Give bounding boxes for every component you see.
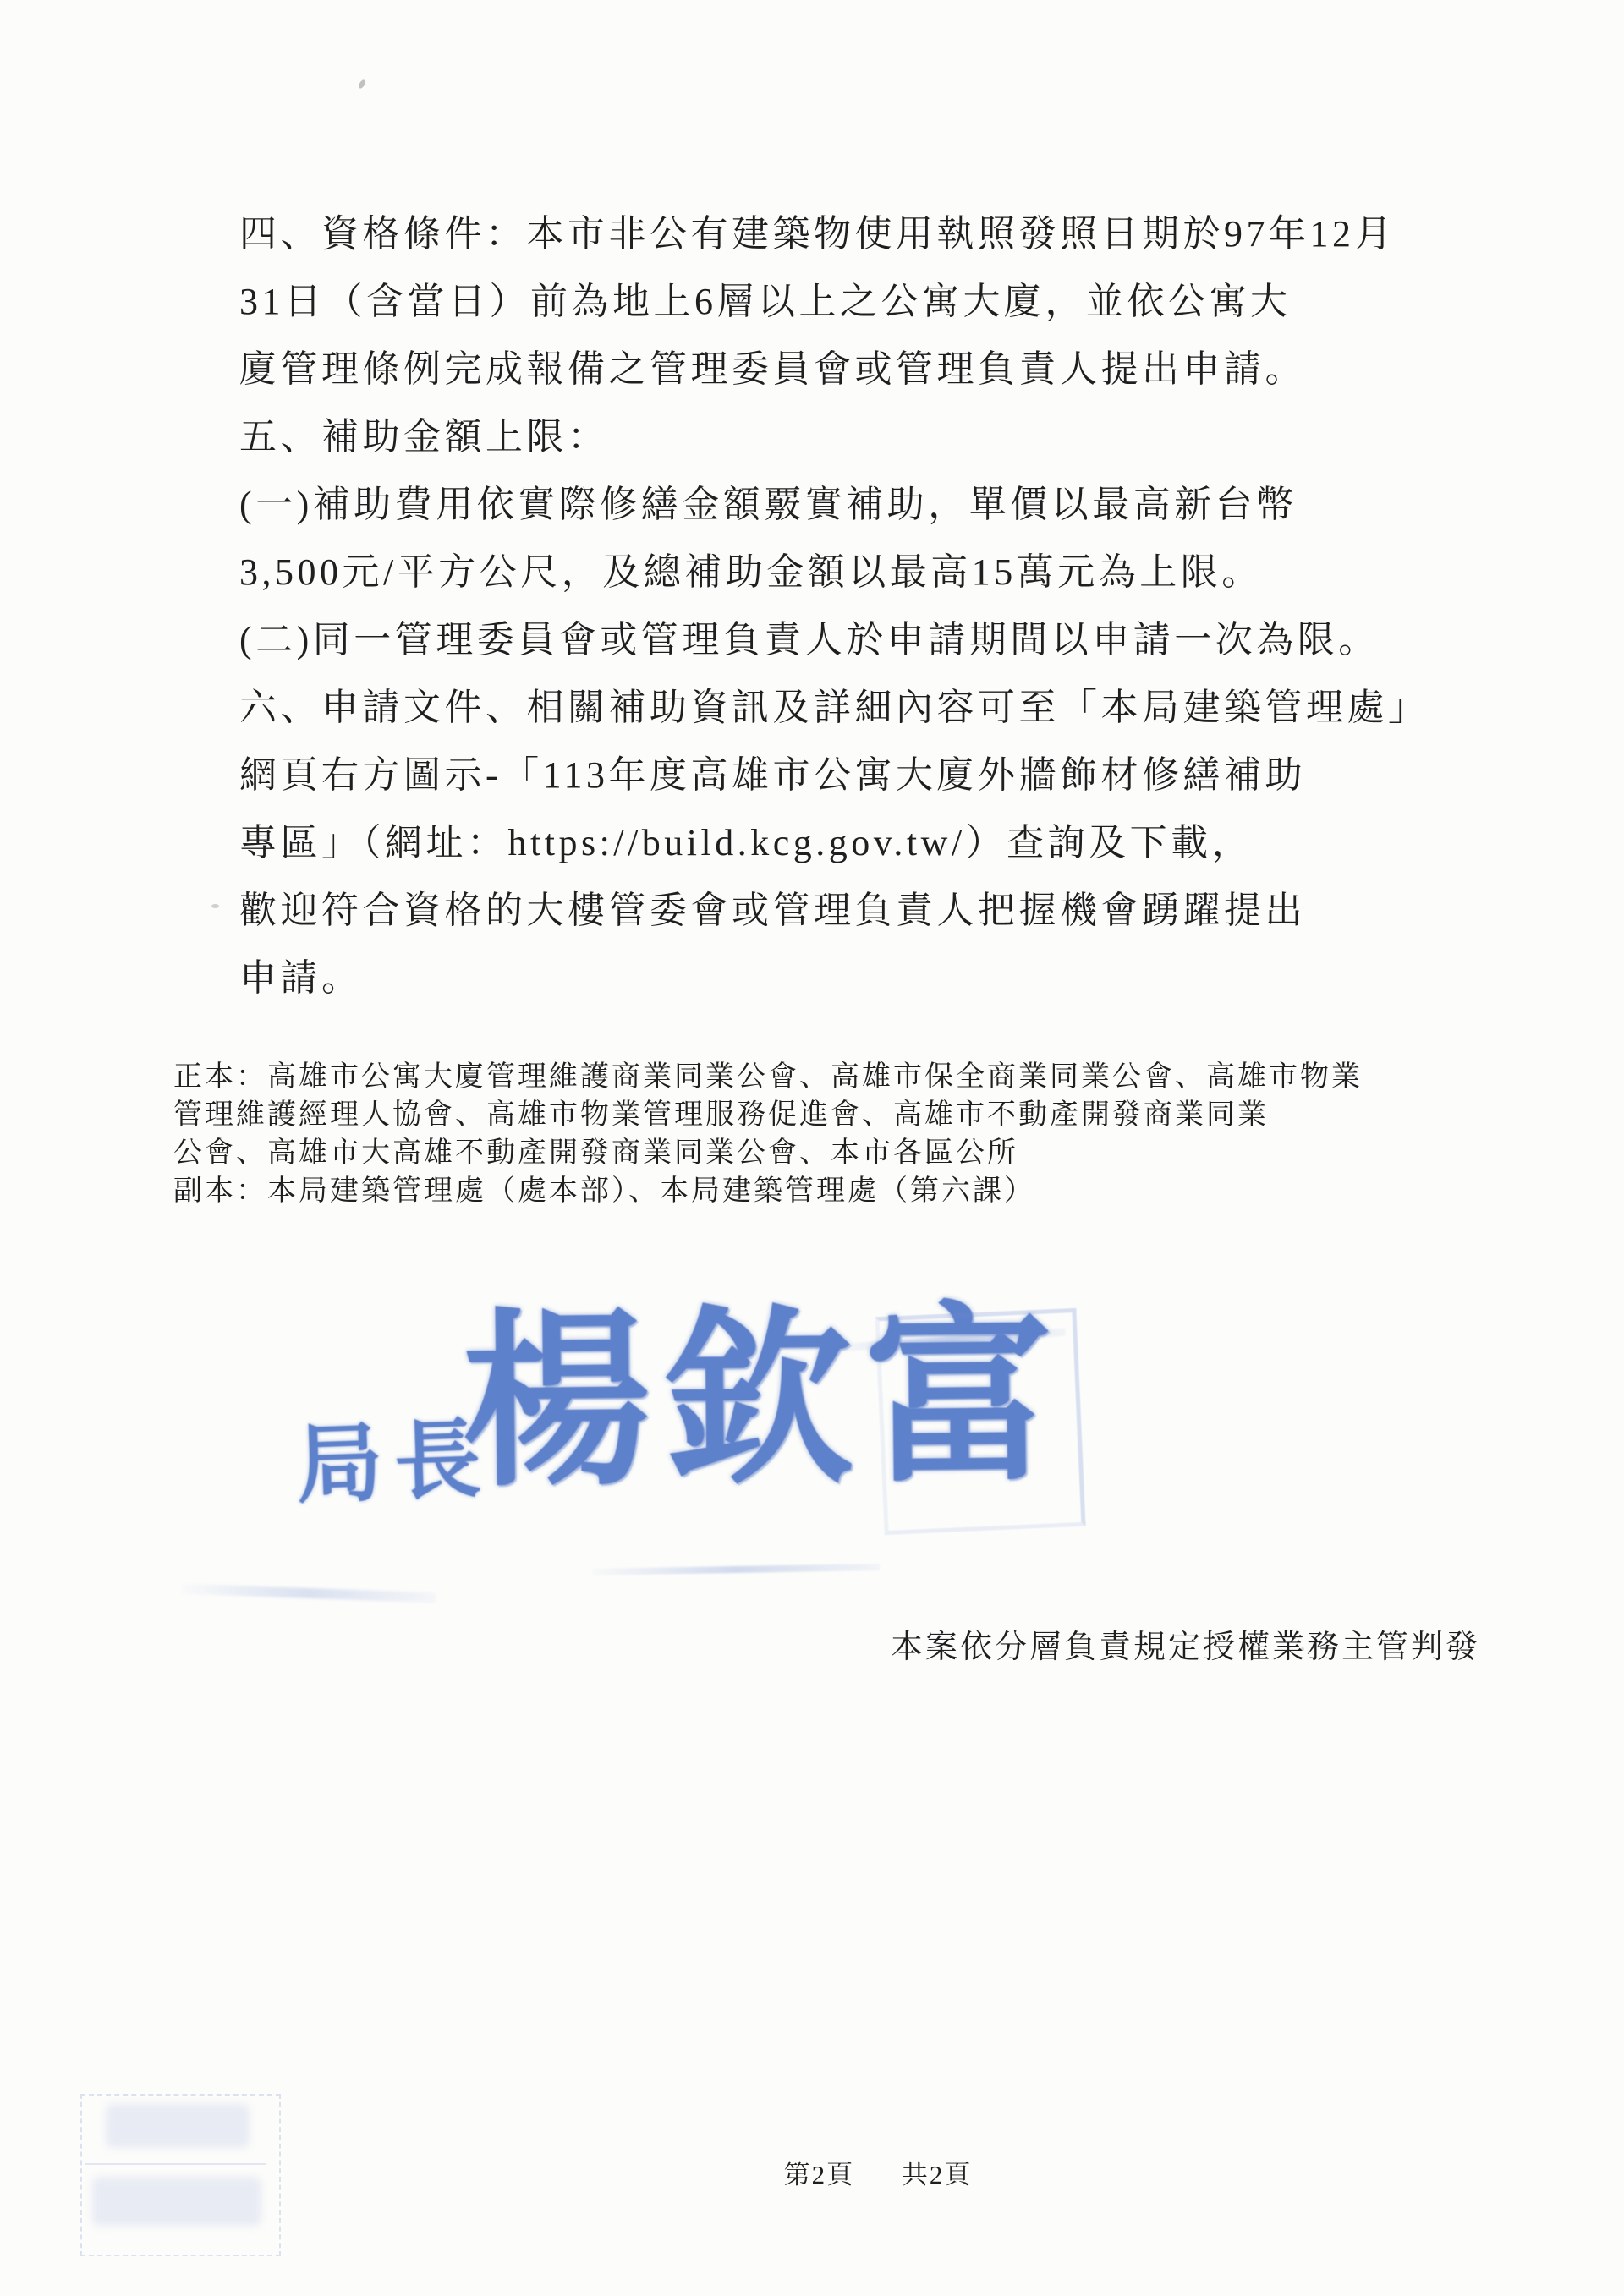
body-line-clause5-item1-cont: 3,500元/平方公尺，及總補助金額以最高15萬元為上限。 bbox=[239, 539, 1491, 606]
scanned-document-page: 四、資格條件：本市非公有建築物使用執照發照日期於97年12月 31日（含當日）前… bbox=[0, 0, 1624, 2296]
body-line-clause6-cont1: 網頁右方圖示-「113年度高雄市公寓大廈外牆飾材修繕補助 bbox=[239, 742, 1491, 809]
scan-speck bbox=[1301, 1647, 1304, 1651]
body-line-clause4-cont1: 31日（含當日）前為地上6層以上之公寓大廈，並依公寓大 bbox=[239, 268, 1491, 336]
distribution-original-line3: 公會、高雄市大高雄不動產開發商業同業公會、本市各區公所 bbox=[173, 1134, 1527, 1172]
body-line-clause6-cont3: 歡迎符合資格的大樓管委會或管理負責人把握機會踴躍提出 bbox=[239, 877, 1491, 945]
body-line-clause5-item2: (二)同一管理委員會或管理負責人於申請期間以申請一次為限。 bbox=[239, 606, 1491, 674]
distribution-block: 正本：高雄市公寓大廈管理維護商業同業公會、高雄市保全商業同業公會、高雄市物業 管… bbox=[173, 1058, 1527, 1210]
distribution-copy-line: 副本：本局建築管理處（處本部）、本局建築管理處（第六課） bbox=[173, 1172, 1527, 1210]
authorization-note: 本案依分層負責規定授權業務主管判發 bbox=[891, 1620, 1480, 1667]
total-pages: 共2頁 bbox=[902, 2160, 973, 2189]
page-footer-text: 第2頁 共2頁 bbox=[784, 2153, 973, 2191]
bleedthrough-rule bbox=[85, 2163, 266, 2165]
body-line-clause5-item1: (一)補助費用依實際修繕金額覈實補助，單價以最高新台幣 bbox=[239, 471, 1491, 539]
body-line-clause6-cont4: 申請。 bbox=[239, 945, 1491, 1012]
bleedthrough-blob bbox=[106, 2104, 250, 2148]
body-line-clause4-cont2: 廈管理條例完成報備之管理委員會或管理負責人提出申請。 bbox=[239, 336, 1491, 403]
body-line-clause5: 五、補助金額上限： bbox=[239, 403, 1491, 471]
body-line-clause6: 六、申請文件、相關補助資訊及詳細內容可至「本局建築管理處」 bbox=[239, 674, 1491, 742]
body-line-clause6-cont2-url: 專區」（網址：https://build.kcg.gov.tw/）查詢及下載， bbox=[239, 809, 1491, 877]
scan-speck bbox=[358, 79, 366, 90]
page-number: 第2頁 bbox=[784, 2160, 855, 2189]
document-body: 四、資格條件：本市非公有建築物使用執照發照日期於97年12月 31日（含當日）前… bbox=[239, 200, 1491, 1012]
body-line-clause4: 四、資格條件：本市非公有建築物使用執照發照日期於97年12月 bbox=[239, 200, 1491, 268]
distribution-original-line1: 正本：高雄市公寓大廈管理維護商業同業公會、高雄市保全商業同業公會、高雄市物業 bbox=[173, 1058, 1527, 1096]
scan-speck bbox=[211, 904, 219, 908]
bleedthrough-stamp-artifact bbox=[80, 2094, 281, 2256]
distribution-original-line2: 管理維護經理人協會、高雄市物業管理服務促進會、高雄市不動產開發商業同業 bbox=[173, 1096, 1527, 1134]
bleedthrough-blob bbox=[92, 2177, 261, 2226]
